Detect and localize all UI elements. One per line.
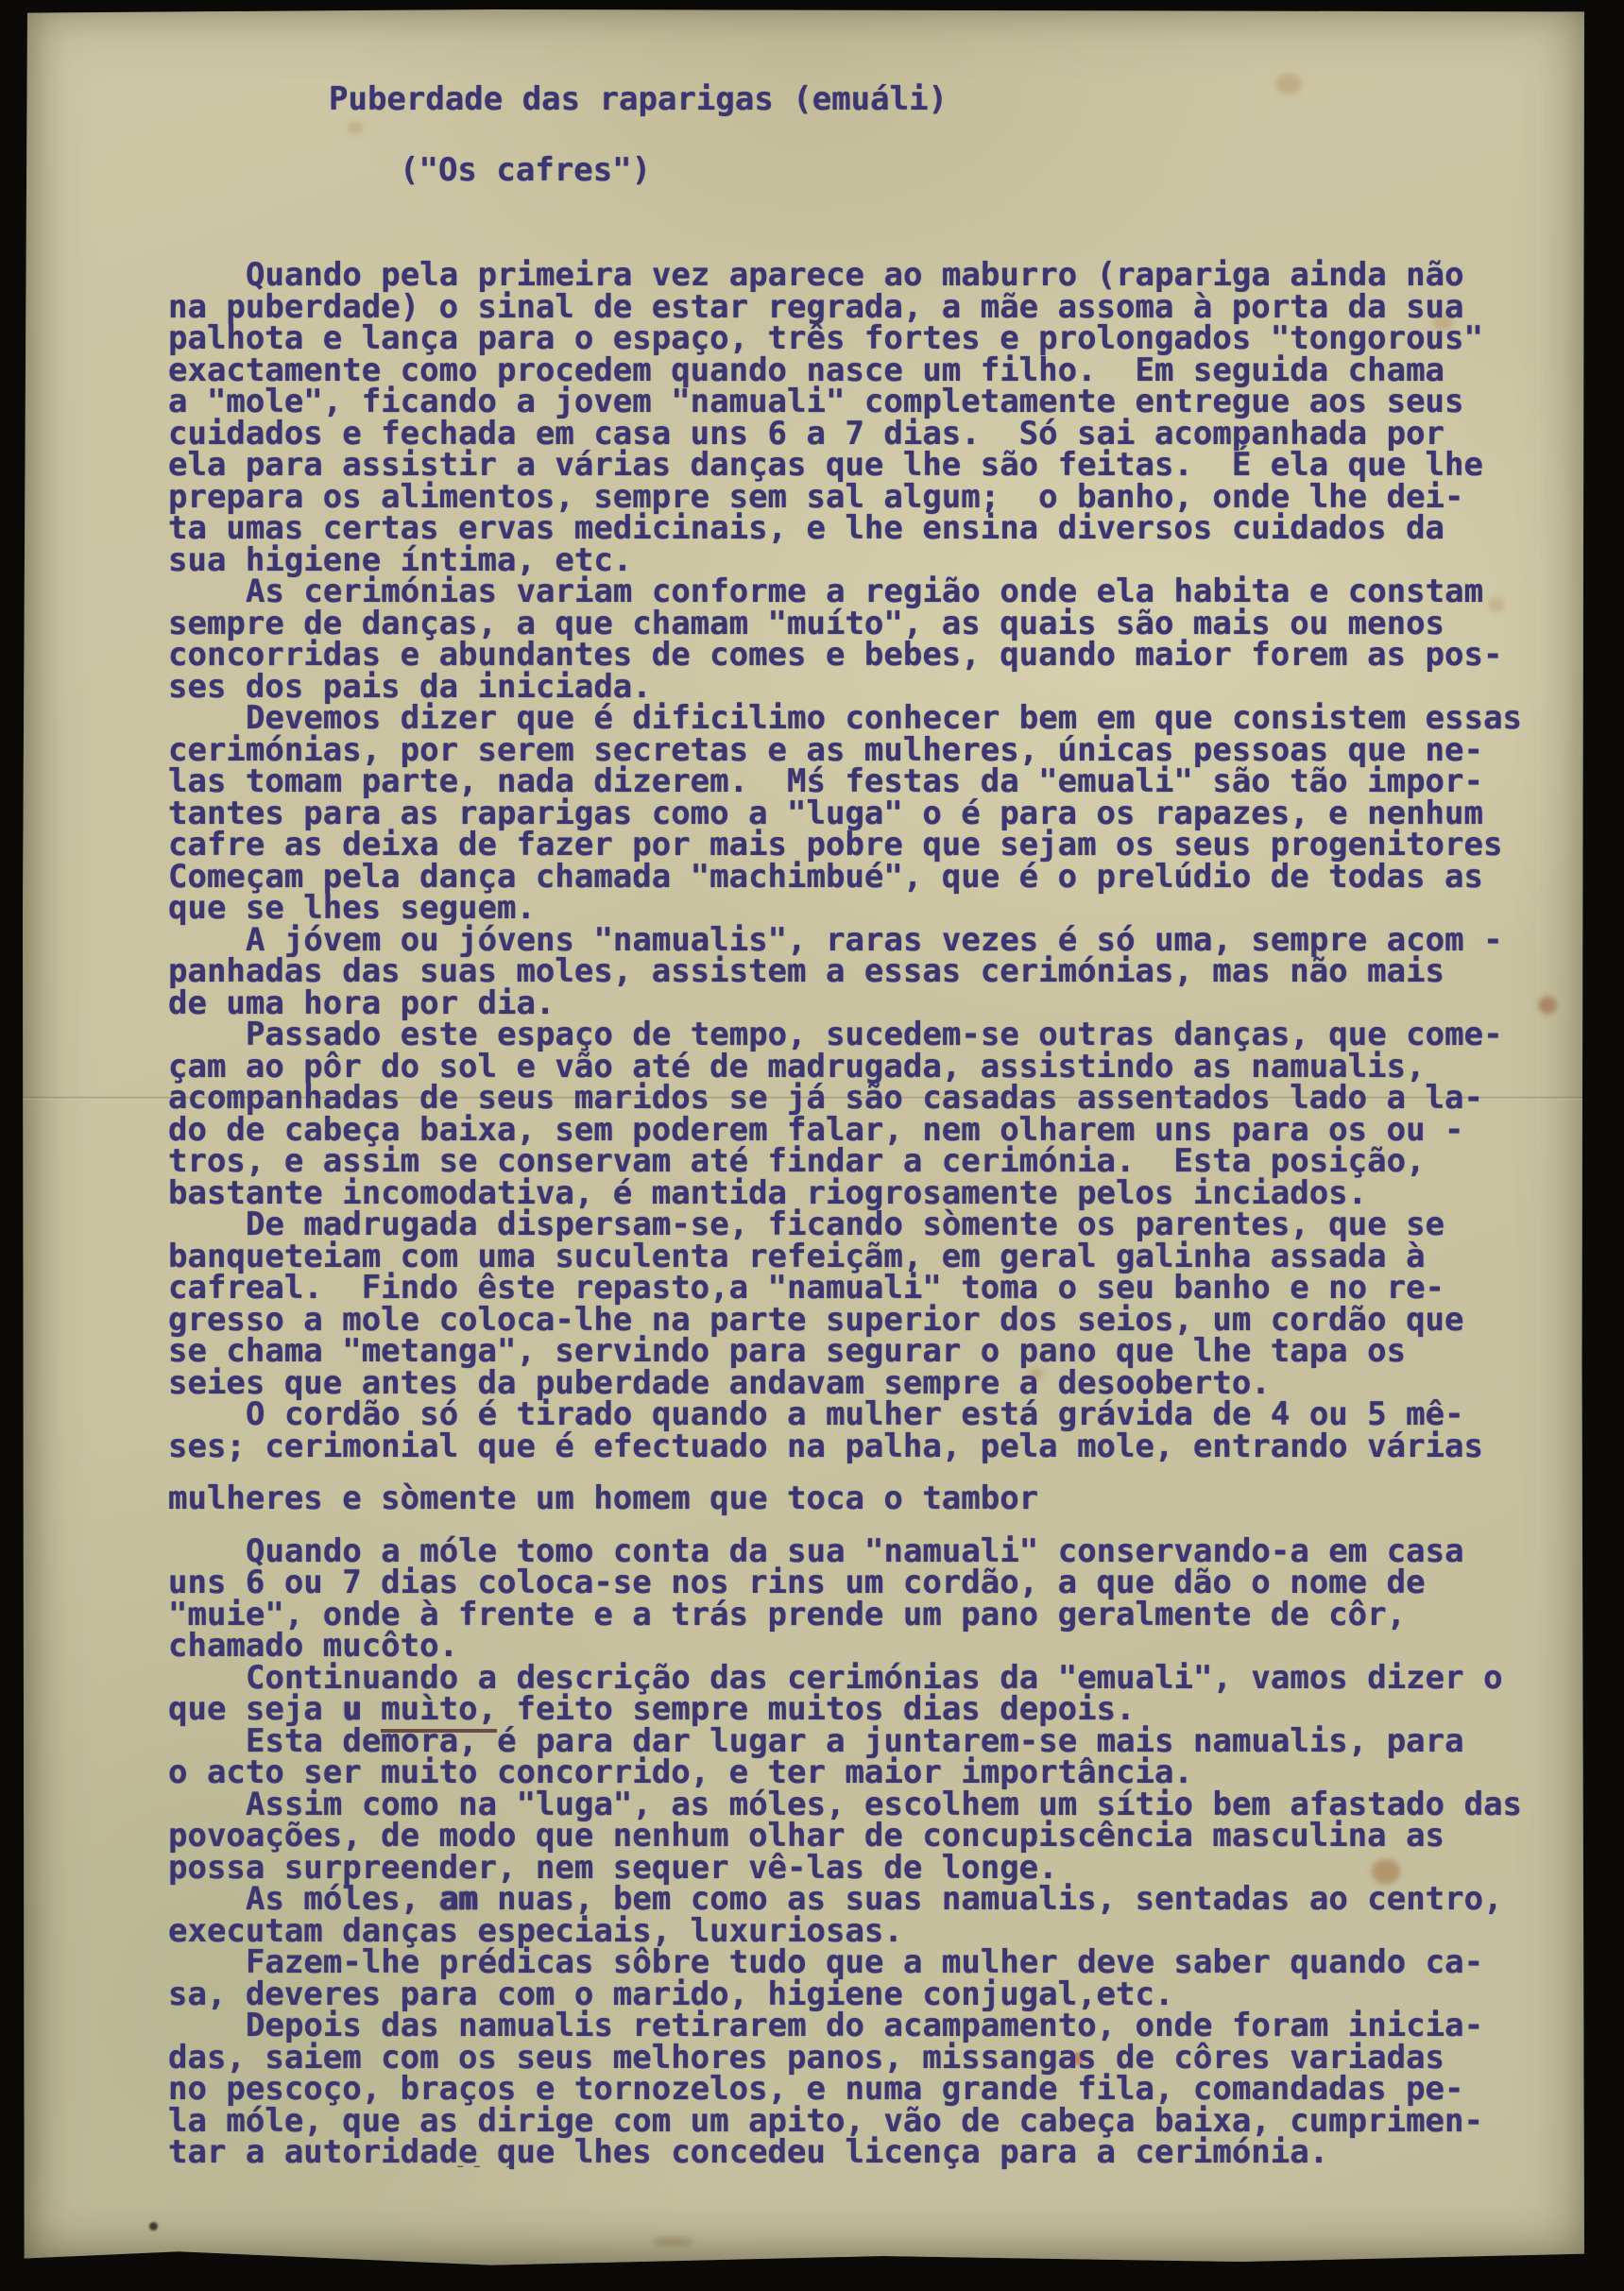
text-line: de uma hora por dia. (168, 988, 1547, 1020)
page-title: Puberdade das raparigas (emuáli) (329, 83, 1547, 116)
text-line: Passado este espaço de tempo, sucedem-se… (168, 1019, 1547, 1051)
text-line: na puberdade) o sinal de estar regrada, … (168, 292, 1547, 324)
text-line: povoações, de modo que nenhum olhar de c… (168, 1821, 1547, 1853)
text-line: das, saiem com os seus melhores panos, m… (168, 2043, 1547, 2075)
text-line: "muie", onde à frente e a trás prende um… (168, 1599, 1547, 1632)
text-line: cafreal. Findo êste repasto,a "namuali" … (168, 1273, 1547, 1305)
text-line: sua higiene íntima, etc. (168, 545, 1547, 577)
text-line: ta umas certas ervas medicinais, e lhe e… (168, 513, 1547, 545)
stain (149, 2222, 158, 2231)
text-line: tantes para as raparigas como a "luga" o… (168, 798, 1547, 830)
text-line: cerimónias, por serem secretas e as mulh… (168, 735, 1547, 767)
text-line: tros, e assim se conservam até findar a … (168, 1146, 1547, 1178)
text-line: Depois das namualis retirarem do acampam… (168, 2010, 1547, 2043)
text-line: As móles, am nuas, bem como as suas namu… (168, 1884, 1547, 1916)
text-line: chamado mucôto. (168, 1631, 1547, 1663)
text-line: ela para assistir a várias danças que lh… (168, 450, 1547, 482)
text-line: las tomam parte, nada dizerem. Mś festas… (168, 766, 1547, 798)
typed-content: Puberdade das raparigas (emuáli) ("Os ca… (23, 9, 1584, 2169)
text-line: palhota e lança para o espaço, três fort… (168, 323, 1547, 355)
text-line: tar a autoridade que lhes concedeu licen… (168, 2137, 1547, 2169)
page-subtitle: ("Os cafres") (400, 154, 1547, 187)
text-line: ses dos pais da iniciada. (168, 672, 1547, 704)
text-line: se chama "metanga", servindo para segura… (168, 1336, 1547, 1368)
text-segment: mulheres e sòmente um homem que toca o t… (168, 1479, 1038, 1517)
text-line: la móle, que as dirige com um apito, vão… (168, 2106, 1547, 2138)
text-segment: ses; cerimonial que é efectuado na palha… (168, 1428, 1483, 1465)
text-line: Quando a móle tomo conta da sua "namuali… (168, 1536, 1547, 1568)
text-line: uns 6 ou 7 dias coloca-se nos rins um co… (168, 1567, 1547, 1599)
stain (652, 2237, 693, 2247)
text-line: Quando pela primeira vez aparece ao mabu… (168, 260, 1547, 292)
text-line: a "mole", ficando a jovem "namuali" comp… (168, 386, 1547, 419)
text-line: banqueteiam com uma suculenta refeiçãm, … (168, 1241, 1547, 1274)
text-line: Fazem-lhe prédicas sôbre tudo que a mulh… (168, 1947, 1547, 1979)
text-line: seies que antes da puberdade andavam sem… (168, 1368, 1547, 1400)
text-line: exactamente como procedem quando nasce u… (168, 355, 1547, 387)
text-line: Continuando a descrição das cerimónias d… (168, 1663, 1547, 1695)
text-line: mulheres e sòmente um homem que toca o t… (168, 1483, 1547, 1515)
text-line: O cordão só é tirado quando a mulher est… (168, 1399, 1547, 1431)
text-line: Começam pela dança chamada "machimbué", … (168, 862, 1547, 894)
text-line: Devemos dizer que é dificilimo conhecer … (168, 703, 1547, 735)
text-line: sa, deveres para com o marido, higiene c… (168, 1979, 1547, 2011)
text-segment: tar a autoridade que lhes concedeu licen… (168, 2133, 1328, 2171)
text-line: cuidados e fechada em casa uns 6 a 7 dia… (168, 419, 1547, 451)
text-line: executam danças especiais, luxuriosas. (168, 1916, 1547, 1948)
pencil-note: -- - (453, 2156, 520, 2176)
text-line: Assim como na "luga", as móles, escolhem… (168, 1789, 1547, 1821)
text-line: panhadas das suas moles, assistem a essa… (168, 956, 1547, 988)
text-line: ses; cerimonial que é efectuado na palha… (168, 1431, 1547, 1463)
text-line: o acto ser muito concorrido, e ter maior… (168, 1757, 1547, 1789)
text-line: De madrugada dispersam-se, ficando sòmen… (168, 1209, 1547, 1241)
text-line: possa surpreender, nem sequer vê-las de … (168, 1853, 1547, 1885)
text-line: sempre de danças, a que chamam "muíto", … (168, 608, 1547, 641)
text-line: que seja u muìto, feito sempre muitos di… (168, 1694, 1547, 1726)
text-line: cafre as deixa de fazer por mais pobre q… (168, 829, 1547, 862)
text-line: Esta demora, é para dar lugar a juntarem… (168, 1726, 1547, 1758)
text-line: concorridas e abundantes de comes e bebe… (168, 640, 1547, 672)
text-line: acompanhadas de seus maridos se já são c… (168, 1083, 1547, 1115)
text-line: bastante incomodativa, é mantida riogros… (168, 1178, 1547, 1210)
text-line: A jóvem ou jóvens "namualis", raras veze… (168, 925, 1547, 957)
text-line: no pescoço, braços e tornozelos, e numa … (168, 2074, 1547, 2106)
text-line: As cerimónias variam conforme a região o… (168, 576, 1547, 608)
typed-body: Quando pela primeira vez aparece ao mabu… (168, 260, 1547, 2169)
text-line: do de cabeça baixa, sem poderem falar, n… (168, 1115, 1547, 1147)
document-page: Puberdade das raparigas (emuáli) ("Os ca… (23, 9, 1584, 2267)
text-line: gresso a mole coloca-lhe na parte superi… (168, 1305, 1547, 1337)
text-line: prepara os alimentos, sempre sem sal alg… (168, 482, 1547, 514)
text-line: çam ao pôr do sol e vão até de madrugada… (168, 1051, 1547, 1084)
text-line: que se lhes seguem. (168, 893, 1547, 925)
